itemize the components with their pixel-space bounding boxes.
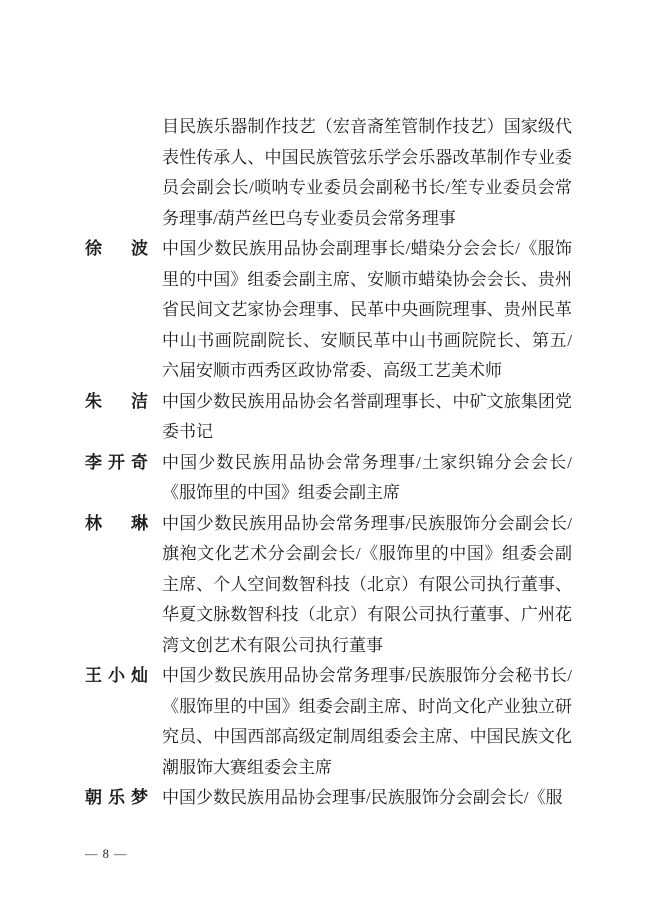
member-description: 中国少数民族用品协会常务理事/民族服饰分会秘书长/《服饰里的中国》组委会副主席、… <box>162 661 572 783</box>
document-page: 目民族乐器制作技艺（宏音斋笙管制作技艺）国家级代表性传承人、中国民族管弦乐学会乐… <box>0 0 650 919</box>
member-name: 徐波 <box>85 234 148 265</box>
continuation-paragraph: 目民族乐器制作技艺（宏音斋笙管制作技艺）国家级代表性传承人、中国民族管弦乐学会乐… <box>162 112 572 234</box>
member-description: 中国少数民族用品协会名誉副理事长、中矿文旅集团党委书记 <box>162 387 572 448</box>
page-body-text: 目民族乐器制作技艺（宏音斋笙管制作技艺）国家级代表性传承人、中国民族管弦乐学会乐… <box>85 112 572 814</box>
page-number: — 8 — <box>85 845 128 863</box>
member-name: 李开奇 <box>85 448 148 479</box>
member-entry: 王小灿 中国少数民族用品协会常务理事/民族服饰分会秘书长/《服饰里的中国》组委会… <box>85 661 572 783</box>
member-name: 林琳 <box>85 509 148 540</box>
member-entry: 朝乐梦 中国少数民族用品协会理事/民族服饰分会副会长/《服 <box>85 783 572 814</box>
member-entry: 林琳 中国少数民族用品协会常务理事/民族服饰分会副会长/旗袍文化艺术分会副会长/… <box>85 509 572 662</box>
member-description: 中国少数民族用品协会副理事长/蜡染分会会长/《服饰里的中国》组委会副主席、安顺市… <box>162 234 572 387</box>
member-name: 朝乐梦 <box>85 783 148 814</box>
member-description: 中国少数民族用品协会理事/民族服饰分会副会长/《服 <box>162 783 572 814</box>
member-entry: 李开奇 中国少数民族用品协会常务理事/土家织锦分会会长/《服饰里的中国》组委会副… <box>85 448 572 509</box>
member-description: 中国少数民族用品协会常务理事/土家织锦分会会长/《服饰里的中国》组委会副主席 <box>162 448 572 509</box>
member-name: 王小灿 <box>85 661 148 692</box>
member-entry: 朱洁 中国少数民族用品协会名誉副理事长、中矿文旅集团党委书记 <box>85 387 572 448</box>
member-description: 中国少数民族用品协会常务理事/民族服饰分会副会长/旗袍文化艺术分会副会长/《服饰… <box>162 509 572 662</box>
member-entry: 徐波 中国少数民族用品协会副理事长/蜡染分会会长/《服饰里的中国》组委会副主席、… <box>85 234 572 387</box>
member-name: 朱洁 <box>85 387 148 418</box>
